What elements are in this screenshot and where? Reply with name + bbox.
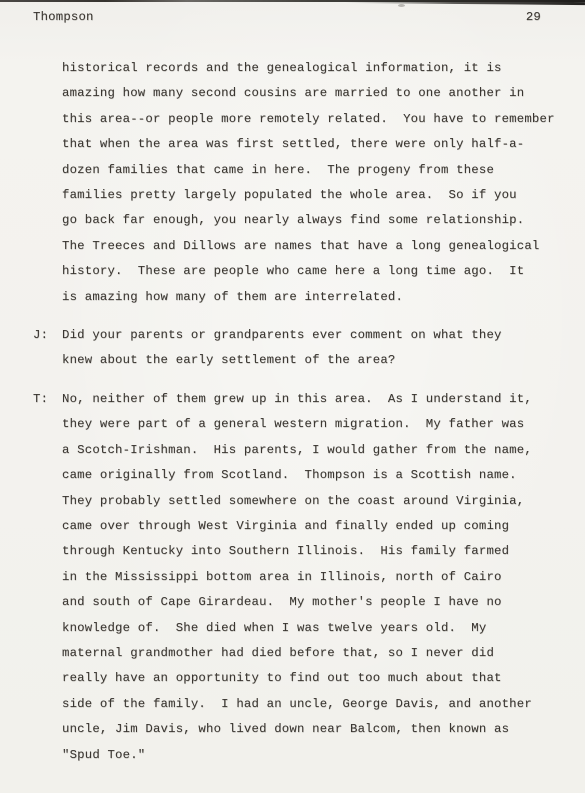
paragraph: T:No, neither of them grew up in this ar… [33,387,575,768]
text-line: is amazing how many of them are interrel… [62,285,575,310]
text-line: maternal grandmother had died before tha… [62,641,575,666]
paragraph: J:Did your parents or grandparents ever … [33,323,575,374]
page-number: 29 [526,9,541,25]
text-line: really have an opportunity to find out t… [62,666,575,691]
text-line: came over through West Virginia and fina… [62,514,575,539]
text-line: came originally from Scotland. Thompson … [62,463,575,488]
text-line: through Kentucky into Southern Illinois.… [62,539,575,564]
text-line: dozen families that came in here. The pr… [62,158,575,183]
paragraph-lines: Did your parents or grandparents ever co… [62,323,575,374]
text-line: that when the area was first settled, th… [62,132,575,157]
text-line: knew about the early settlement of the a… [62,348,575,373]
text-line: historical records and the genealogical … [62,56,575,81]
text-line: knowledge of. She died when I was twelve… [62,616,575,641]
paragraph-lines: historical records and the genealogical … [62,56,575,310]
text-line: they were part of a general western migr… [62,412,575,437]
page-header: Thompson 29 [33,9,541,25]
text-line: in the Mississippi bottom area in Illino… [62,565,575,590]
text-line: side of the family. I had an uncle, Geor… [62,692,575,717]
running-header-name: Thompson [33,9,94,25]
text-line: uncle, Jim Davis, who lived down near Ba… [62,717,575,742]
text-line: Did your parents or grandparents ever co… [62,323,575,348]
text-line: No, neither of them grew up in this area… [62,387,575,412]
text-line: go back far enough, you nearly always fi… [62,208,575,233]
text-line: amazing how many second cousins are marr… [62,81,575,106]
speaker-label: J: [33,323,62,348]
text-line: They probably settled somewhere on the c… [62,489,575,514]
text-line: a Scotch-Irishman. His parents, I would … [62,438,575,463]
text-line: this area--or people more remotely relat… [62,107,575,132]
text-line: The Treeces and Dillows are names that h… [62,234,575,259]
text-line: history. These are people who came here … [62,259,575,284]
paragraph-lines: No, neither of them grew up in this area… [62,387,575,768]
text-line: families pretty largely populated the wh… [62,183,575,208]
text-line: "Spud Toe." [62,743,575,768]
paragraph: historical records and the genealogical … [33,56,575,310]
scan-speck [398,4,405,7]
text-line: and south of Cape Girardeau. My mother's… [62,590,575,615]
scanned-document-page: Thompson 29 historical records and the g… [0,0,585,793]
speaker-label: T: [33,387,62,412]
transcript: historical records and the genealogical … [33,56,575,768]
